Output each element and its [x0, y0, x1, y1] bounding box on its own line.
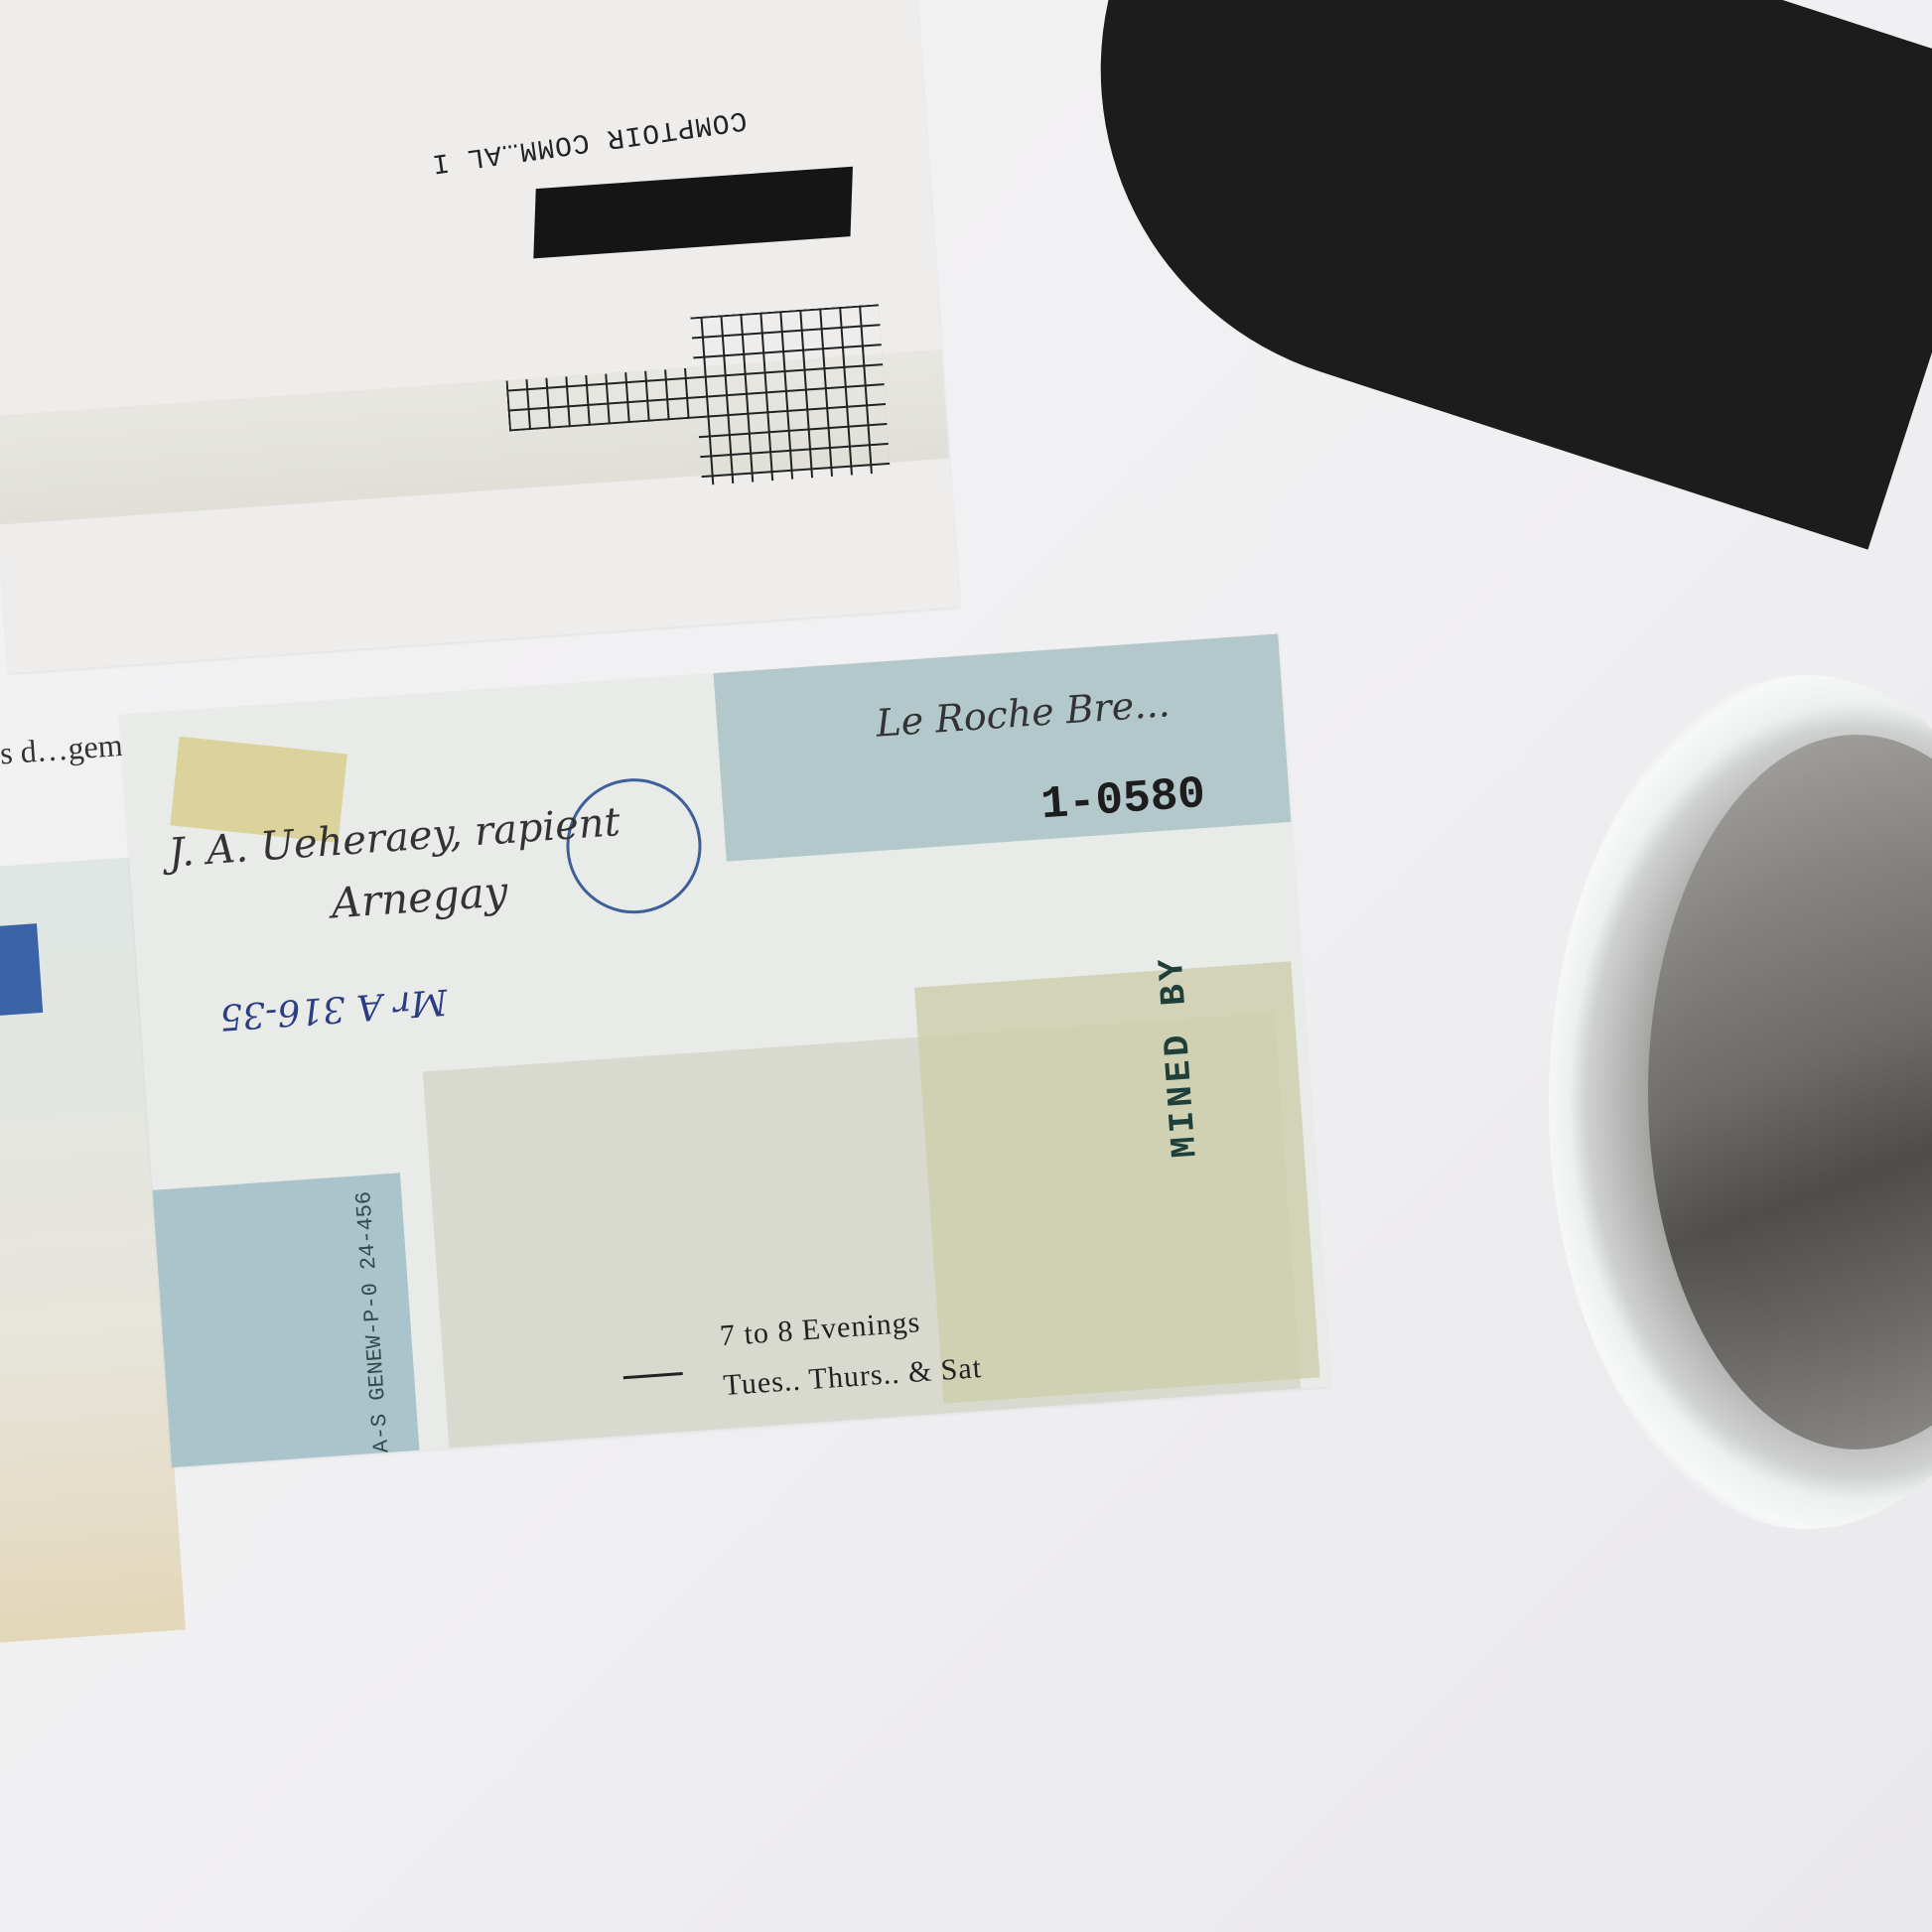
sticker-main: J. A. Ueheraey, rapient Arnegay Le Roche… [119, 633, 1330, 1467]
sticker-top: COMPTOIR COMM…AL I [0, 0, 959, 673]
handwriting-line-2: Arnegay [330, 867, 509, 927]
pale-blue-patch [714, 633, 1292, 861]
ink-code: Mr A 316-35 [218, 981, 449, 1037]
comptoir-stamp-text: COMPTOIR COMM…AL I [429, 103, 749, 178]
ink-bar [533, 167, 853, 259]
blue-stamp [0, 923, 43, 1017]
khaki-patch [914, 961, 1319, 1403]
black-handle-object [1018, 0, 1932, 550]
